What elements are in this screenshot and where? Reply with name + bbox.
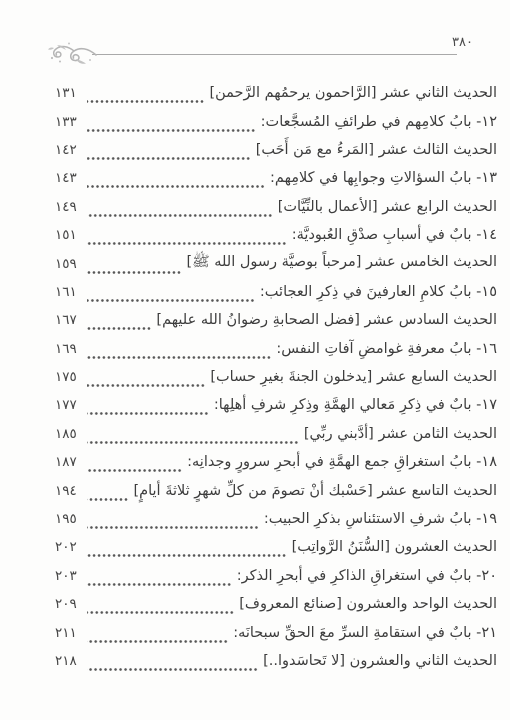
toc-entry-page: ١٦١	[55, 284, 82, 300]
toc-entry-page: ١٨٧	[55, 454, 82, 470]
toc-entry-title: الحديث السابع عشر [يدخلون الجنةَ بغيرِ ح…	[210, 369, 497, 385]
toc-entry-title: ١٤- بابٌ في أسبابِ صدْقِ العُبوديَّة:	[292, 227, 497, 243]
toc-entry-page: ١٣١	[55, 85, 82, 101]
toc-entry-page: ١٣٣	[55, 114, 82, 130]
dotted-leader	[87, 600, 234, 616]
dotted-leader	[87, 373, 205, 389]
toc-entry-title: الحديث السادس عشر [فضل الصحابةِ رضوانُ ا…	[156, 312, 497, 328]
toc-entry: الحديث الخامس عشر [مرحباً بوصيَّة رسول ا…	[55, 249, 497, 277]
toc-entry: ١٣- بابُ السؤالاتِ وجوابِها في كلامِهم:١…	[55, 164, 497, 192]
book-toc-page: ٣٨٠ الحديث الثاني عشر [الرَّاحمون يرحمُه…	[0, 0, 510, 720]
toc-entry-title: ٢٠- بابٌ في استغراقِ الذاكرِ في أبحرِ ال…	[237, 568, 497, 584]
dotted-leader	[87, 657, 258, 673]
toc-entry-title: ١٣- بابُ السؤالاتِ وجوابِها في كلامِهم:	[270, 170, 497, 186]
toc-entry-page: ٢٠٢	[55, 539, 82, 555]
toc-entry-title: ١٧- بابٌ في ذِكرِ مَعالي الهمَّةِ وذِكرِ…	[214, 397, 497, 413]
toc-entry-page: ١٤٩	[55, 199, 82, 215]
toc-entry: ١٨- بابُ استغراقِ جمع الهمَّةِ في أبحرِ …	[55, 448, 497, 476]
toc-entry-page: ١٤٣	[55, 170, 82, 186]
toc-entry: ١٥- بابُ كلامِ العارفينَ في ذِكرِ العجائ…	[55, 278, 497, 306]
toc-entry-page: ١٦٩	[55, 341, 82, 357]
toc-entry-page: ٢٠٣	[55, 568, 82, 584]
dotted-leader	[87, 543, 287, 559]
toc-entry-page: ١٤٢	[55, 142, 82, 158]
dotted-leader	[87, 487, 128, 503]
toc-entry-page: ١٥١	[55, 227, 82, 243]
toc-entry: الحديث الثامن عشر [أدَّبني ربِّي]١٨٥	[55, 420, 497, 448]
toc-entry-page: ٢١٨	[55, 653, 82, 669]
toc-entry-page: ١٩٥	[55, 511, 82, 527]
dotted-leader	[87, 231, 287, 247]
toc-entry-page: ١٩٤	[55, 483, 82, 499]
toc-entry: ١٦- بابُ معرفةِ غوامضِ آفاتِ النفس:١٦٩	[55, 335, 497, 363]
toc-entry-title: ١٢- بابُ كلامِهم في طرائفِ المُسجَّعات:	[261, 114, 497, 130]
toc-entry-page: ٢٠٩	[55, 596, 82, 612]
toc-entry: ١٩- بابُ شرفِ الاستئناسِ بذكرِ الحبيب:١٩…	[55, 505, 497, 533]
toc-entry: ١٤- بابٌ في أسبابِ صدْقِ العُبوديَّة:١٥١	[55, 221, 497, 249]
toc-entry: الحديث الثاني والعشرون [لا تَحاسَدوا..]٢…	[55, 647, 497, 675]
dotted-leader	[87, 345, 271, 361]
toc-entry-page: ١٥٩	[55, 256, 82, 272]
dotted-leader	[87, 288, 255, 304]
toc-entry: ١٧- بابٌ في ذِكرِ مَعالي الهمَّةِ وذِكرِ…	[55, 391, 497, 419]
dotted-leader	[87, 146, 251, 162]
dotted-leader	[87, 260, 181, 276]
toc-list: الحديث الثاني عشر [الرَّاحمون يرحمُهم ال…	[55, 79, 497, 675]
toc-entry: ٢١- بابٌ في استقامةِ السرِّ معَ الحقِّ س…	[55, 618, 497, 646]
dotted-leader	[87, 629, 228, 645]
dotted-leader	[87, 430, 299, 446]
toc-entry-page: ١٧٥	[55, 369, 82, 385]
toc-entry: الحديث السابع عشر [يدخلون الجنةَ بغيرِ ح…	[55, 363, 497, 391]
dotted-leader	[87, 118, 256, 134]
page-number: ٣٨٠	[452, 35, 498, 50]
toc-entry-title: ١٩- بابُ شرفِ الاستئناسِ بذكرِ الحبيب:	[264, 511, 497, 527]
toc-entry-page: ١٨٥	[55, 426, 82, 442]
toc-entry-page: ١٧٧	[55, 397, 82, 413]
dotted-leader	[87, 401, 209, 417]
dotted-leader	[87, 316, 151, 332]
toc-entry-title: الحديث الرابع عشر [الأعمال بالنِّيَّات]	[278, 199, 497, 215]
header-rule	[92, 54, 457, 55]
toc-entry-title: الحديث الثالث عشر [المَرءُ مع مَن أَحَب]	[256, 142, 497, 158]
toc-entry-title: الحديث الثامن عشر [أدَّبني ربِّي]	[304, 426, 497, 442]
toc-entry-title: ١٥- بابُ كلامِ العارفينَ في ذِكرِ العجائ…	[260, 284, 497, 300]
toc-entry-title: ١٦- بابُ معرفةِ غوامضِ آفاتِ النفس:	[276, 341, 497, 357]
toc-entry-title: الحديث الثاني عشر [الرَّاحمون يرحمُهم ال…	[209, 85, 497, 101]
toc-entry-title: الحديث الخامس عشر [مرحباً بوصيَّة رسول ا…	[186, 253, 497, 274]
dotted-leader	[87, 572, 232, 588]
toc-entry-title: ١٨- بابُ استغراقِ جمع الهمَّةِ في أبحرِ …	[187, 454, 497, 470]
toc-entry-page: ٢١١	[55, 625, 82, 641]
dotted-leader	[87, 203, 273, 219]
toc-entry: ١٢- بابُ كلامِهم في طرائفِ المُسجَّعات:١…	[55, 107, 497, 135]
dotted-leader	[87, 515, 259, 531]
dotted-leader	[87, 89, 204, 105]
toc-entry: الحديث التاسع عشر [حَسْبك أنْ تصومَ من ك…	[55, 476, 497, 504]
toc-entry-title: الحديث الثاني والعشرون [لا تَحاسَدوا..]	[263, 653, 497, 669]
toc-entry-title: الحديث العشرون [السُّنَنُ الرَّواتِب]	[292, 539, 497, 555]
toc-entry: الحديث الرابع عشر [الأعمال بالنِّيَّات]١…	[55, 193, 497, 221]
toc-entry-page: ١٦٧	[55, 312, 82, 328]
toc-entry: الحديث العشرون [السُّنَنُ الرَّواتِب]٢٠٢	[55, 533, 497, 561]
toc-entry: الحديث الواحد والعشرون [صنائع المعروف]٢٠…	[55, 590, 497, 618]
toc-entry-title: ٢١- بابٌ في استقامةِ السرِّ معَ الحقِّ س…	[233, 625, 497, 641]
toc-entry: ٢٠- بابٌ في استغراقِ الذاكرِ في أبحرِ ال…	[55, 562, 497, 590]
toc-entry: الحديث السادس عشر [فضل الصحابةِ رضوانُ ا…	[55, 306, 497, 334]
dotted-leader	[87, 458, 182, 474]
toc-entry-title: الحديث التاسع عشر [حَسْبك أنْ تصومَ من ك…	[133, 483, 497, 499]
dotted-leader	[87, 174, 265, 190]
floral-flourish-icon	[46, 38, 98, 70]
toc-entry: الحديث الثاني عشر [الرَّاحمون يرحمُهم ال…	[55, 79, 497, 107]
toc-entry: الحديث الثالث عشر [المَرءُ مع مَن أَحَب]…	[55, 136, 497, 164]
toc-entry-title: الحديث الواحد والعشرون [صنائع المعروف]	[239, 596, 497, 612]
